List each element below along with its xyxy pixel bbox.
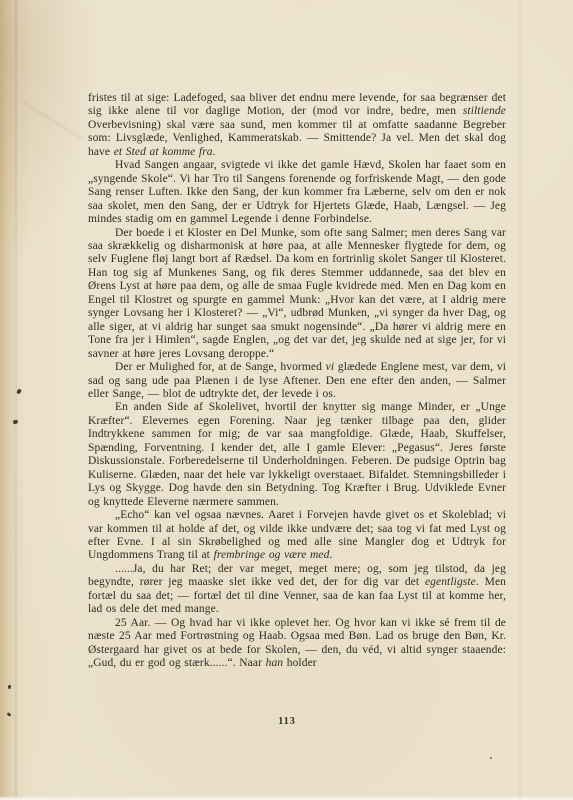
text-segment: En anden Side af Skolelivet, hvortil der… (88, 401, 506, 507)
paragraph: Der boede i et Kloster en Del Munke, som… (88, 227, 506, 362)
page-number: 113 (78, 716, 496, 727)
paragraph: fristes til at sige: Ladefoged, saa bliv… (88, 92, 506, 159)
paragraph: 25 Aar. — Og hvad har vi ikke oplevet he… (88, 617, 506, 671)
paper-crease-left (15, 0, 17, 800)
text-segment: holder (283, 657, 317, 669)
italic-text-segment: han (266, 657, 284, 669)
ink-speck (8, 685, 11, 689)
italic-text-segment: et Sted at komme fra (114, 146, 213, 158)
paper-crease-right (519, 0, 521, 800)
text-segment: Der boede i et Kloster en Del Munke, som… (88, 227, 506, 360)
bottom-scan-strip (0, 796, 573, 800)
paragraph: ......Ja, du har Ret; der var meget, meg… (88, 563, 506, 617)
italic-text-segment: vi (326, 361, 335, 373)
text-block: fristes til at sige: Ladefoged, saa bliv… (88, 92, 506, 670)
paper-fold-mark (23, 102, 83, 141)
ink-speck (16, 388, 22, 394)
text-segment: Hvad Sangen angaar, svigtede vi ikke det… (88, 159, 506, 225)
text-segment: . (213, 146, 216, 158)
text-segment: fristes til at sige: Ladefoged, saa bliv… (88, 92, 506, 117)
paragraph: Der er Mulighed for, at de Sange, hvorme… (88, 361, 506, 401)
text-segment: . (329, 549, 332, 561)
ink-speck (7, 712, 12, 717)
paragraph: En anden Side af Skolelivet, hvortil der… (88, 401, 506, 509)
paragraph: „Echo“ kan vel ogsaa nævnes. Aaret i For… (88, 509, 506, 563)
italic-text-segment: frembringe og være med (214, 549, 330, 561)
ink-speck (490, 757, 492, 759)
italic-text-segment: egentligste (425, 576, 476, 588)
ink-speck (13, 419, 19, 424)
paragraph: Hvad Sangen angaar, svigtede vi ikke det… (88, 159, 506, 226)
text-segment: Der er Mulighed for, at de Sange, hvorme… (115, 361, 326, 373)
italic-text-segment: stiltiende (463, 105, 506, 117)
book-page-scan: fristes til at sige: Ladefoged, saa bliv… (0, 0, 573, 800)
